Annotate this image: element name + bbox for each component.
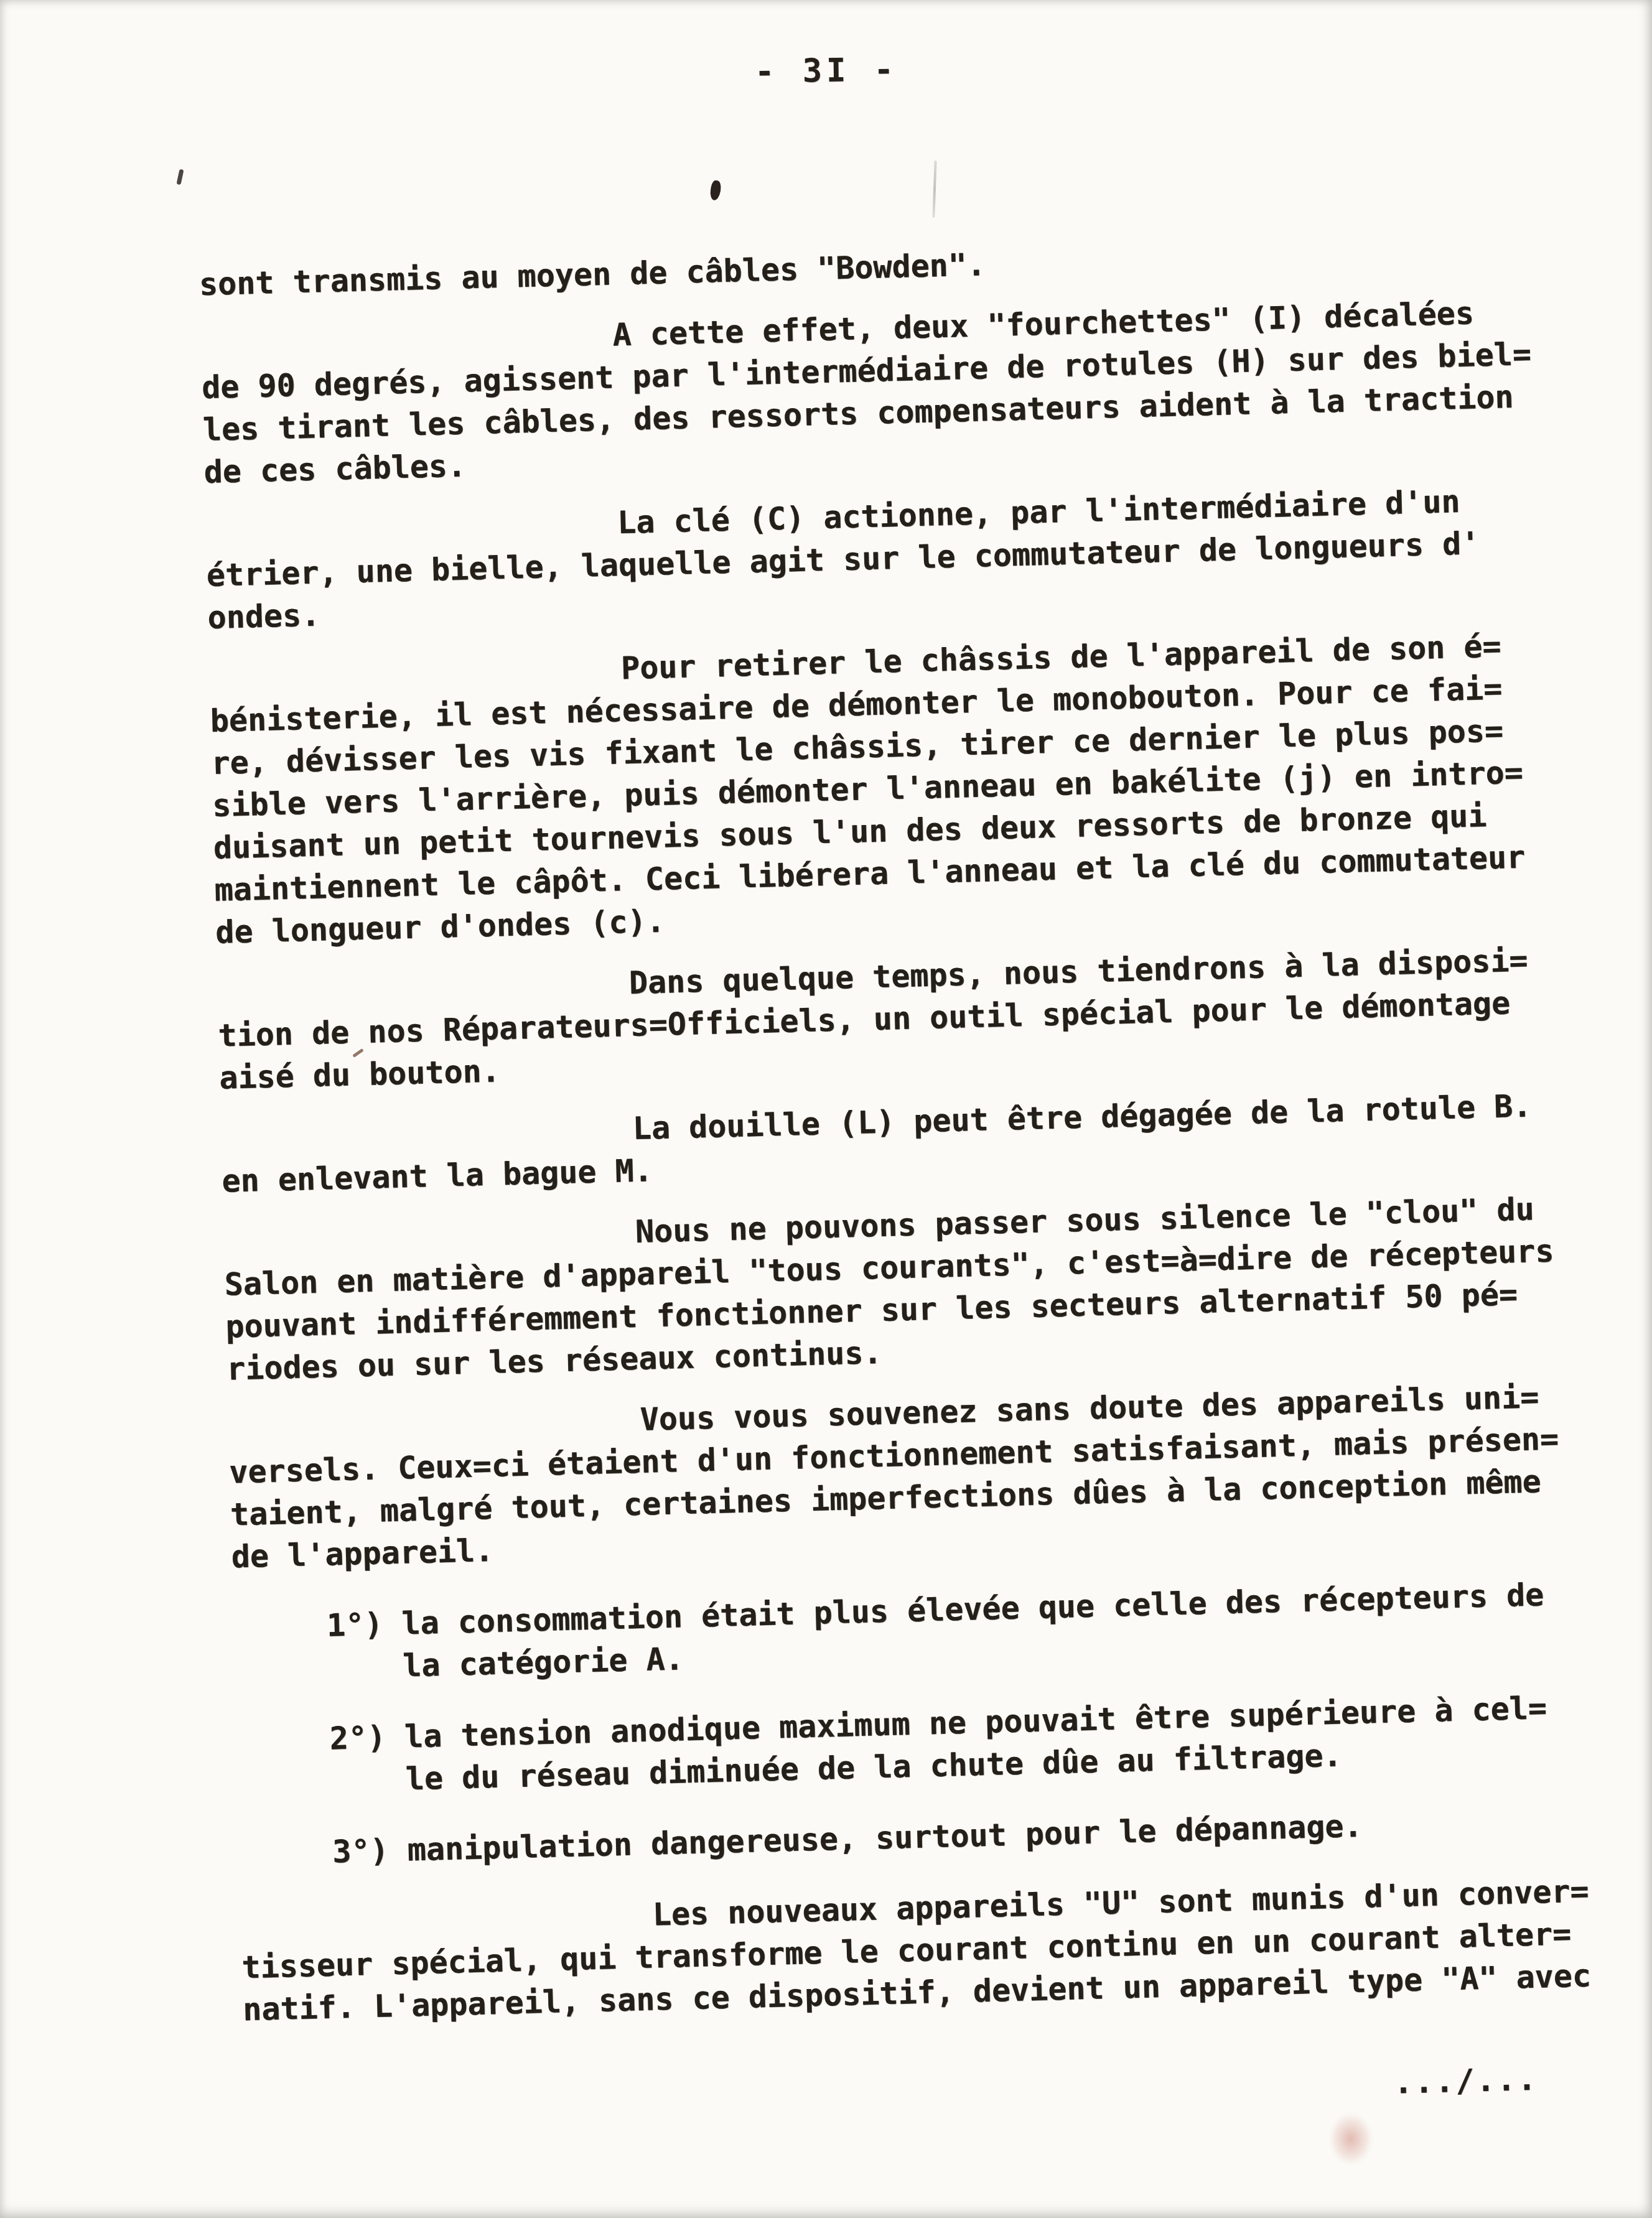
paragraph: Les nouveaux appareils "U" sont munis d'… — [240, 1870, 1587, 2031]
paragraph: Vous vous souvenez sans doute des appare… — [228, 1375, 1575, 1578]
paragraph: Dans quelque temps, nous tiendrons à la … — [217, 938, 1563, 1099]
list-item: 3°) manipulation dangereuse, surtout pou… — [238, 1799, 1583, 1876]
typed-text-area: sont transmis au moyen de câbles "Bowden… — [0, 0, 1652, 2138]
continuation-marker: .../... — [245, 2057, 1590, 2133]
paragraph: A cette effet, deux "fourchettes" (I) dé… — [200, 291, 1548, 494]
list-item: 1°) la consommation était plus élevée qu… — [233, 1573, 1579, 1692]
paragraph: La douille (L) peut être dégagée de la r… — [220, 1084, 1566, 1203]
text-line: 3°) manipulation dangereuse, surtout pou… — [238, 1799, 1583, 1876]
paragraph: sont transmis au moyen de câbles "Bowden… — [198, 230, 1543, 306]
text-line: sont transmis au moyen de câbles "Bowden… — [198, 230, 1543, 306]
paragraph: Nous ne pouvons passer sous silence le "… — [223, 1187, 1570, 1391]
paragraph: Pour retirer le châssis de l'appareil de… — [208, 623, 1559, 954]
list-item: 2°) la tension anodique maximum ne pouva… — [235, 1686, 1581, 1805]
typed-blocks: sont transmis au moyen de câbles "Bowden… — [198, 230, 1587, 2031]
paragraph: La clé (C) actionne, par l'intermédiaire… — [205, 478, 1551, 639]
scan-artifact-pink-smudge — [1329, 2113, 1373, 2165]
scanned-page: - 3I - sont transmis au moyen de câbles … — [0, 0, 1652, 2218]
